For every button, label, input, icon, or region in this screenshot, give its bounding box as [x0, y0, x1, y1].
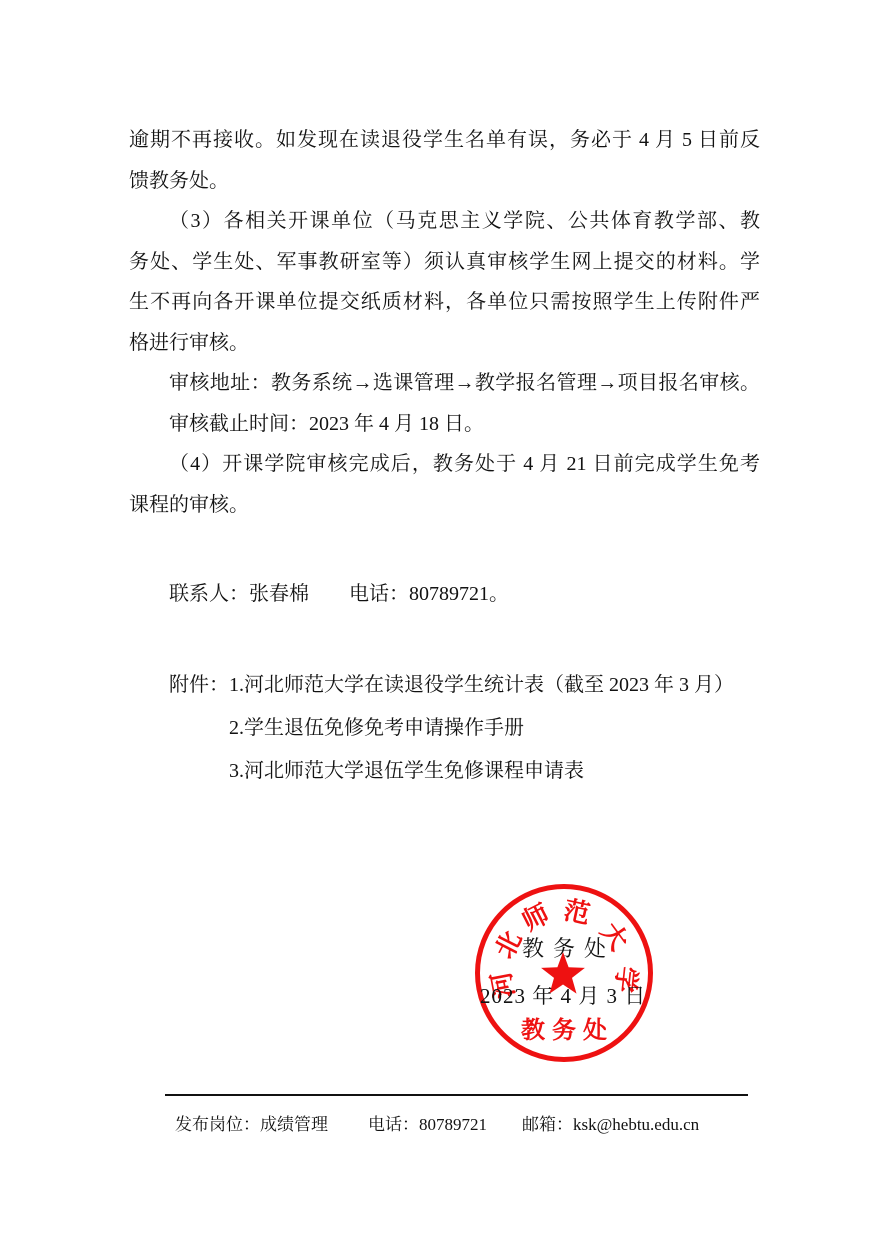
footer-rule	[165, 1094, 748, 1096]
seal-department-label: 教务处	[475, 1010, 653, 1045]
official-seal: 河北师范大学 教务处 2023 年 4 月 3 日 教务处	[475, 884, 653, 1062]
document-line: 3.河北师范大学退伍学生免修课程申请表	[129, 751, 760, 792]
signature-department: 教务处	[475, 932, 653, 963]
document-line: 格进行审核。	[129, 323, 760, 364]
document-line: 馈教务处。	[129, 161, 760, 202]
footer-email: 邮箱：ksk@hebtu.edu.cn	[522, 1110, 699, 1135]
document-line: 附件：1.河北师范大学在读退役学生统计表（截至 2023 年 3 月）	[129, 665, 760, 706]
blank-line	[129, 525, 760, 566]
document-line: 审核截止时间：2023 年 4 月 18 日。	[129, 404, 760, 445]
document-line: 2.学生退伍免修免考申请操作手册	[129, 708, 760, 749]
document-line: 审核地址：教务系统→选课管理→教学报名管理→项目报名审核。	[129, 363, 760, 404]
footer-publisher: 发布岗位：成绩管理	[175, 1110, 328, 1135]
document-line: 逾期不再接收。如发现在读退役学生名单有误，务必于 4 月 5 日前反	[129, 120, 760, 161]
footer-phone: 电话：80789721	[368, 1110, 487, 1135]
document-line: （3）各相关开课单位（马克思主义学院、公共体育教学部、教	[129, 201, 760, 242]
document-line: （4）开课学院审核完成后，教务处于 4 月 21 日前完成学生免考	[129, 444, 760, 485]
signature-date: 2023 年 4 月 3 日	[480, 980, 658, 1010]
document-line: 务处、学生处、军事教研室等）须认真审核学生网上提交的材料。学	[129, 242, 760, 283]
document-line: 生不再向各开课单位提交纸质材料，各单位只需按照学生上传附件严	[129, 282, 760, 323]
document-line: 联系人：张春棉 电话：80789721。	[129, 574, 760, 615]
document-line: 课程的审核。	[129, 485, 760, 526]
document-body: 逾期不再接收。如发现在读退役学生名单有误，务必于 4 月 5 日前反馈教务处。（…	[129, 120, 760, 791]
blank-line	[129, 614, 760, 655]
